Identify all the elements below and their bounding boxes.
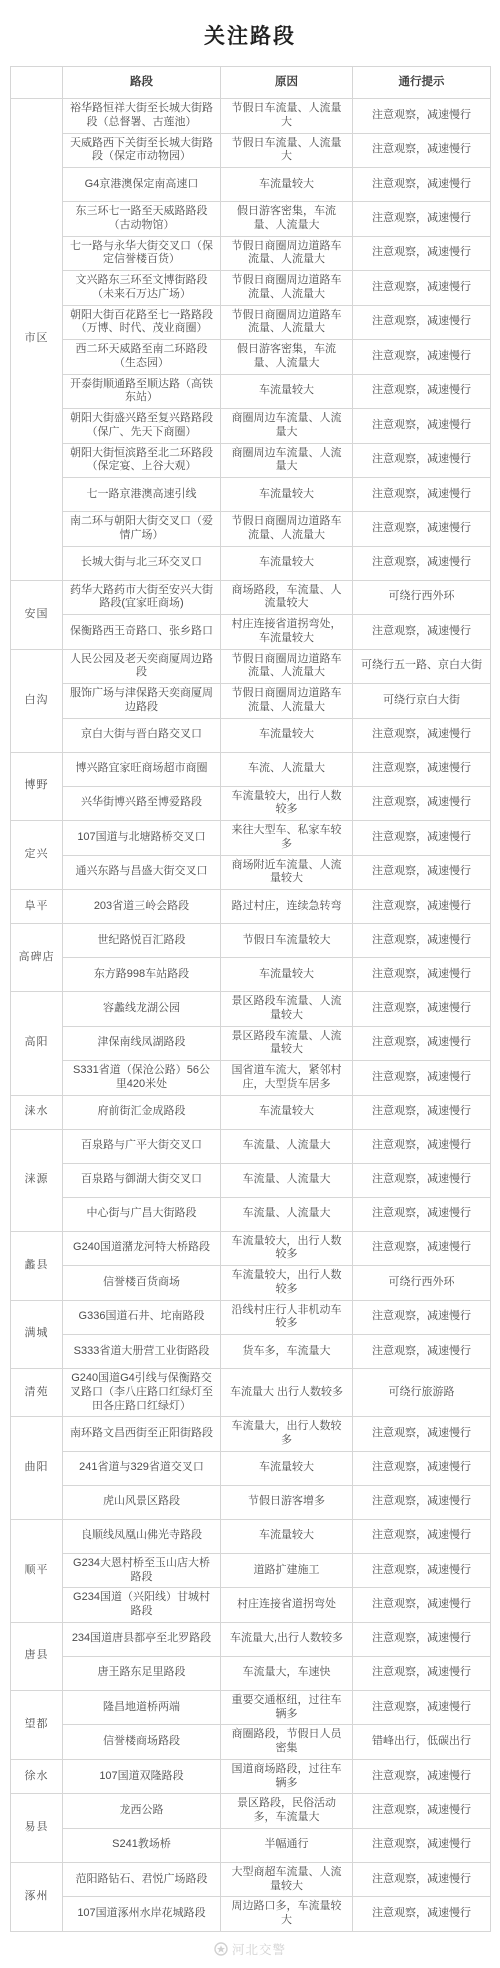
table-row: 七一路与永华大街交叉口（保定信誉楼百货）节假日商圈周边道路车流量、人流量大注意观… [11,236,491,271]
region-label: 市区 [11,99,63,581]
reason-cell: 车流量较大 [221,546,353,580]
column-header-road: 路段 [63,67,221,99]
reason-cell: 景区路段车流量、人流量较大 [221,992,353,1027]
table-row: 唐王路东足里路段车流量大，车速快注意观察，减速慢行 [11,1656,491,1690]
road-cell: 府前街汇金成路段 [63,1095,221,1129]
tips-cell: 注意观察，减速慢行 [353,1197,491,1231]
region-label: 顺平 [11,1519,63,1622]
table-row: 开泰街顺通路至顺达路（高铁东站）车流量较大注意观察，减速慢行 [11,374,491,409]
road-cell: G240国道G4引线与保衡路交叉路口（李八庄路口红绿灯至田各庄路口红绿灯） [63,1369,221,1417]
reason-cell: 景区路段，民俗活动多，车流量大 [221,1794,353,1829]
table-row: 东三环七一路至天威路路段（古动物馆）假日游客密集，车流量、人流量大注意观察，减速… [11,202,491,237]
road-cell: 107国道涿州水岸花城路段 [63,1897,221,1932]
road-cell: 裕华路恒祥大街至长城大街路段（总督署、古莲池） [63,99,221,134]
tips-cell: 注意观察，减速慢行 [353,1519,491,1553]
road-cell: 京白大街与晋白路交叉口 [63,718,221,752]
watermark: 河北交警 [10,1940,490,1958]
tips-cell: 注意观察，减速慢行 [353,202,491,237]
table-row: S241教场桥半幅通行注意观察，减速慢行 [11,1828,491,1862]
tips-cell: 注意观察，减速慢行 [353,512,491,547]
table-row: G234国道（兴阳线）甘城村路段村庄连接省道拐弯处注意观察，减速慢行 [11,1588,491,1623]
police-badge-icon [214,1942,228,1956]
table-row: 白沟人民公园及老天奕商厦周边路段节假日商圈周边道路车流量、人流量大可绕行五一路、… [11,649,491,684]
tips-cell: 注意观察，减速慢行 [353,821,491,856]
road-cell: 范阳路钻石、君悦广场路段 [63,1862,221,1897]
road-cell: S333省道大册营工业街路段 [63,1335,221,1369]
reason-cell: 沿线村庄行人非机动车较多 [221,1300,353,1335]
tips-cell: 注意观察，减速慢行 [353,958,491,992]
tips-cell: 注意观察，减速慢行 [353,718,491,752]
road-cell: 长城大街与北三环交叉口 [63,546,221,580]
tips-cell: 注意观察，减速慢行 [353,1759,491,1794]
region-label: 唐县 [11,1622,63,1690]
table-row: G234大恩村桥至玉山店大桥路段道路扩建施工注意观察，减速慢行 [11,1553,491,1588]
tips-cell: 注意观察，减速慢行 [353,1061,491,1096]
reason-cell: 节假日商圈周边道路车流量、人流量大 [221,684,353,719]
road-cell: 龙西公路 [63,1794,221,1829]
reason-cell: 节假日游客增多 [221,1485,353,1519]
tips-cell: 注意观察，减速慢行 [353,855,491,890]
tips-cell: 注意观察，减速慢行 [353,374,491,409]
road-cell: 文兴路东三环至文博街路段（未来石万达广场） [63,271,221,306]
tips-cell: 注意观察，减速慢行 [353,992,491,1027]
table-row: 定兴107国道与北塘路桥交叉口来往大型车、私家车较多注意观察，减速慢行 [11,821,491,856]
tips-cell: 注意观察，减速慢行 [353,1690,491,1725]
reason-cell: 路过村庄，连续急转弯 [221,890,353,924]
road-cell: G234国道（兴阳线）甘城村路段 [63,1588,221,1623]
tips-cell: 注意观察，减速慢行 [353,1231,491,1266]
road-cell: 兴华街博兴路至博爱路段 [63,786,221,821]
tips-cell: 注意观察，减速慢行 [353,924,491,958]
road-cell: 朝阳大街盛兴路至复兴路路段（保广、先天下商圈） [63,409,221,444]
reason-cell: 村庄连接省道拐弯处，车流量较大 [221,615,353,650]
road-attention-table: 路段 原因 通行提示 市区裕华路恒祥大街至长城大街路段（总督署、古莲池）节假日车… [10,66,491,1932]
road-cell: G4京港澳保定南高速口 [63,168,221,202]
region-label: 蠡县 [11,1231,63,1300]
reason-cell: 假日游客密集，车流量、人流量大 [221,340,353,375]
reason-cell: 周边路口多，车流量较大 [221,1897,353,1932]
table-row: 顺平良顺线凤凰山佛光寺路段车流量较大注意观察，减速慢行 [11,1519,491,1553]
reason-cell: 假日游客密集，车流量、人流量大 [221,202,353,237]
reason-cell: 车流量、人流量大 [221,1197,353,1231]
reason-cell: 车流量较大 [221,1451,353,1485]
tips-cell: 可绕行五一路、京白大街 [353,649,491,684]
table-row: 服饰广场与津保路天奕商厦周边路段节假日商圈周边道路车流量、人流量大可绕行京白大街 [11,684,491,719]
reason-cell: 节假日商圈周边道路车流量、人流量大 [221,305,353,340]
reason-cell: 节假日车流量、人流量大 [221,99,353,134]
road-cell: 朝阳大街恒滨路至北二环路段（保定宴、上谷大观） [63,443,221,478]
table-row: 高碑店世纪路悦百汇路段节假日车流量较大注意观察，减速慢行 [11,924,491,958]
table-body: 市区裕华路恒祥大街至长城大街路段（总督署、古莲池）节假日车流量、人流量大注意观察… [11,99,491,1932]
reason-cell: 商场路段，车流量、人流量较大 [221,580,353,615]
road-cell: 107国道双隆路段 [63,1759,221,1794]
reason-cell: 国道商场路段，过往车辆多 [221,1759,353,1794]
tips-cell: 注意观察，减速慢行 [353,1862,491,1897]
reason-cell: 商场附近车流量、人流量较大 [221,855,353,890]
tips-cell: 注意观察，减速慢行 [353,1026,491,1061]
table-row: 241省道与329省道交叉口车流量较大注意观察，减速慢行 [11,1451,491,1485]
table-row: 虎山风景区路段节假日游客增多注意观察，减速慢行 [11,1485,491,1519]
reason-cell: 景区路段车流量、人流量较大 [221,1026,353,1061]
table-row: 曲阳南环路文昌西街至正阳街路段车流量大，出行人数较多注意观察，减速慢行 [11,1417,491,1452]
tips-cell: 注意观察，减速慢行 [353,1129,491,1163]
reason-cell: 车流量大，出行人数较多 [221,1417,353,1452]
reason-cell: 车流量较大 [221,478,353,512]
reason-cell: 车流量、人流量大 [221,1129,353,1163]
table-row: 兴华街博兴路至博爱路段车流量较大，出行人数较多注意观察，减速慢行 [11,786,491,821]
tips-cell: 注意观察，减速慢行 [353,409,491,444]
road-cell: 七一路京港澳高速引线 [63,478,221,512]
reason-cell: 半幅通行 [221,1828,353,1862]
tips-cell: 注意观察，减速慢行 [353,443,491,478]
road-cell: 南二环与朝阳大街交叉口（爱情广场） [63,512,221,547]
region-label: 白沟 [11,649,63,752]
tips-cell: 注意观察，减速慢行 [353,1300,491,1335]
road-cell: 信誉楼商场路段 [63,1725,221,1760]
table-row: 朝阳大街百花路至七一路路段（万博、时代、茂业商圈）节假日商圈周边道路车流量、人流… [11,305,491,340]
tips-cell: 错峰出行，低碳出行 [353,1725,491,1760]
reason-cell: 大型商超车流量、人流量较大 [221,1862,353,1897]
tips-cell: 注意观察，减速慢行 [353,786,491,821]
tips-cell: 注意观察，减速慢行 [353,305,491,340]
table-row: 信誉楼商场路段商圈路段，节假日人员密集错峰出行，低碳出行 [11,1725,491,1760]
tips-cell: 注意观察，减速慢行 [353,99,491,134]
road-cell: 107国道与北塘路桥交叉口 [63,821,221,856]
reason-cell: 车流量较大 [221,374,353,409]
corner-cell [11,67,63,99]
road-cell: 234国道唐县都亭至北罗路段 [63,1622,221,1656]
table-row: 安国药华大路药市大街至安兴大街路段(宜家旺商场)商场路段，车流量、人流量较大可绕… [11,580,491,615]
table-row: 保衡路西王奇路口、张乡路口村庄连接省道拐弯处，车流量较大注意观察，减速慢行 [11,615,491,650]
region-label: 高阳 [11,992,63,1096]
region-label: 望都 [11,1690,63,1759]
reason-cell: 车流量较大 [221,1095,353,1129]
tips-cell: 注意观察，减速慢行 [353,1335,491,1369]
tips-cell: 注意观察，减速慢行 [353,546,491,580]
tips-cell: 注意观察，减速慢行 [353,1622,491,1656]
reason-cell: 商圈周边车流量、人流量大 [221,443,353,478]
table-row: 市区裕华路恒祥大街至长城大街路段（总督署、古莲池）节假日车流量、人流量大注意观察… [11,99,491,134]
tips-cell: 注意观察，减速慢行 [353,1451,491,1485]
table-row: 朝阳大街盛兴路至复兴路路段（保广、先天下商圈）商圈周边车流量、人流量大注意观察，… [11,409,491,444]
table-row: 西二环天威路至南二环路段（生态园）假日游客密集，车流量、人流量大注意观察，减速慢… [11,340,491,375]
road-cell: 东方路998车站路段 [63,958,221,992]
reason-cell: 来往大型车、私家车较多 [221,821,353,856]
tips-cell: 注意观察，减速慢行 [353,1794,491,1829]
road-cell: 开泰街顺通路至顺达路（高铁东站） [63,374,221,409]
table-row: S331省道（保沧公路）56公里420米处国省道车流大，紧邻村庄，大型货车居多注… [11,1061,491,1096]
table-row: G4京港澳保定南高速口车流量较大注意观察，减速慢行 [11,168,491,202]
tips-cell: 注意观察，减速慢行 [353,236,491,271]
table-row: 唐县234国道唐县都亭至北罗路段车流量大,出行人数较多注意观察，减速慢行 [11,1622,491,1656]
road-cell: 容蠡线龙湖公园 [63,992,221,1027]
reason-cell: 节假日商圈周边道路车流量、人流量大 [221,271,353,306]
road-cell: G234大恩村桥至玉山店大桥路段 [63,1553,221,1588]
header-row: 路段 原因 通行提示 [11,67,491,99]
road-cell: 隆昌地道桥两端 [63,1690,221,1725]
table-row: 涿州范阳路钻石、君悦广场路段大型商超车流量、人流量较大注意观察，减速慢行 [11,1862,491,1897]
tips-cell: 注意观察，减速慢行 [353,1656,491,1690]
reason-cell: 商圈路段，节假日人员密集 [221,1725,353,1760]
reason-cell: 节假日商圈周边道路车流量、人流量大 [221,236,353,271]
reason-cell: 车流量较大 [221,1519,353,1553]
reason-cell: 车流量大 出行人数较多 [221,1369,353,1417]
table-row: 中心街与广昌大街路段车流量、人流量大注意观察，减速慢行 [11,1197,491,1231]
road-cell: S331省道（保沧公路）56公里420米处 [63,1061,221,1096]
table-row: 南二环与朝阳大街交叉口（爱情广场）节假日商圈周边道路车流量、人流量大注意观察，减… [11,512,491,547]
region-label: 满城 [11,1300,63,1369]
reason-cell: 重要交通枢纽，过往车辆多 [221,1690,353,1725]
road-cell: 朝阳大街百花路至七一路路段（万博、时代、茂业商圈） [63,305,221,340]
tips-cell: 可绕行西外环 [353,1266,491,1301]
table-row: 京白大街与晋白路交叉口车流量较大注意观察，减速慢行 [11,718,491,752]
region-label: 徐水 [11,1759,63,1794]
tips-cell: 注意观察，减速慢行 [353,1588,491,1623]
tips-cell: 注意观察，减速慢行 [353,168,491,202]
road-cell: 津保南线凤湖路段 [63,1026,221,1061]
road-cell: G240国道潴龙河特大桥路段 [63,1231,221,1266]
tips-cell: 注意观察，减速慢行 [353,1095,491,1129]
reason-cell: 节假日车流量、人流量大 [221,133,353,168]
reason-cell: 道路扩建施工 [221,1553,353,1588]
reason-cell: 车流量、人流量大 [221,1163,353,1197]
table-row: 东方路998车站路段车流量较大注意观察，减速慢行 [11,958,491,992]
road-cell: 西二环天威路至南二环路段（生态园） [63,340,221,375]
table-row: 107国道涿州水岸花城路段周边路口多，车流量较大注意观察，减速慢行 [11,1897,491,1932]
tips-cell: 可绕行西外环 [353,580,491,615]
reason-cell: 车流、人流量大 [221,752,353,786]
table-row: 天威路西下关街至长城大街路段（保定市动物园）节假日车流量、人流量大注意观察，减速… [11,133,491,168]
column-header-reason: 原因 [221,67,353,99]
tips-cell: 可绕行旅游路 [353,1369,491,1417]
reason-cell: 国省道车流大，紧邻村庄，大型货车居多 [221,1061,353,1096]
road-cell: 世纪路悦百汇路段 [63,924,221,958]
tips-cell: 注意观察，减速慢行 [353,478,491,512]
reason-cell: 节假日车流量较大 [221,924,353,958]
reason-cell: 商圈周边车流量、人流量大 [221,409,353,444]
reason-cell: 车流量较大，出行人数较多 [221,1266,353,1301]
reason-cell: 车流量较大，出行人数较多 [221,1231,353,1266]
road-cell: 百泉路与广平大街交叉口 [63,1129,221,1163]
watermark-text: 河北交警 [232,1940,286,1958]
road-cell: 241省道与329省道交叉口 [63,1451,221,1485]
page: 关注路段 路段 原因 通行提示 市区裕华路恒祥大街至长城大街路段（总督署、古莲池… [0,0,500,1968]
tips-cell: 注意观察，减速慢行 [353,752,491,786]
tips-cell: 注意观察，减速慢行 [353,133,491,168]
region-label: 安国 [11,580,63,649]
table-row: S333省道大册营工业街路段货车多，车流量大注意观察，减速慢行 [11,1335,491,1369]
road-cell: 南环路文昌西街至正阳街路段 [63,1417,221,1452]
reason-cell: 车流量较大 [221,718,353,752]
table-row: 望都隆昌地道桥两端重要交通枢纽，过往车辆多注意观察，减速慢行 [11,1690,491,1725]
reason-cell: 车流量较大 [221,168,353,202]
road-cell: 药华大路药市大街至安兴大街路段(宜家旺商场) [63,580,221,615]
region-label: 涞源 [11,1129,63,1231]
road-cell: 203省道三岭会路段 [63,890,221,924]
region-label: 阜平 [11,890,63,924]
road-cell: 人民公园及老天奕商厦周边路段 [63,649,221,684]
tips-cell: 注意观察，减速慢行 [353,1485,491,1519]
table-row: 阜平203省道三岭会路段路过村庄，连续急转弯注意观察，减速慢行 [11,890,491,924]
reason-cell: 车流量较大，出行人数较多 [221,786,353,821]
road-cell: 良顺线凤凰山佛光寺路段 [63,1519,221,1553]
table-row: 长城大街与北三环交叉口车流量较大注意观察，减速慢行 [11,546,491,580]
road-cell: 博兴路宜家旺商场超市商圈 [63,752,221,786]
reason-cell: 节假日商圈周边道路车流量、人流量大 [221,649,353,684]
road-cell: 中心街与广昌大街路段 [63,1197,221,1231]
tips-cell: 注意观察，减速慢行 [353,1828,491,1862]
tips-cell: 注意观察，减速慢行 [353,1417,491,1452]
reason-cell: 车流量大，车速快 [221,1656,353,1690]
table-row: 七一路京港澳高速引线车流量较大注意观察，减速慢行 [11,478,491,512]
reason-cell: 村庄连接省道拐弯处 [221,1588,353,1623]
region-label: 博野 [11,752,63,821]
table-row: 文兴路东三环至文博街路段（未来石万达广场）节假日商圈周边道路车流量、人流量大注意… [11,271,491,306]
table-row: 涞源百泉路与广平大街交叉口车流量、人流量大注意观察，减速慢行 [11,1129,491,1163]
road-cell: 服饰广场与津保路天奕商厦周边路段 [63,684,221,719]
road-cell: 东三环七一路至天威路路段（古动物馆） [63,202,221,237]
table-row: 朝阳大街恒滨路至北二环路段（保定宴、上谷大观）商圈周边车流量、人流量大注意观察，… [11,443,491,478]
region-label: 易县 [11,1794,63,1863]
tips-cell: 注意观察，减速慢行 [353,340,491,375]
table-row: 津保南线凤湖路段景区路段车流量、人流量较大注意观察，减速慢行 [11,1026,491,1061]
tips-cell: 注意观察，减速慢行 [353,615,491,650]
tips-cell: 注意观察，减速慢行 [353,1163,491,1197]
table-header: 路段 原因 通行提示 [11,67,491,99]
road-cell: S241教场桥 [63,1828,221,1862]
region-label: 高碑店 [11,924,63,992]
reason-cell: 车流量大,出行人数较多 [221,1622,353,1656]
table-row: 百泉路与御湖大街交叉口车流量、人流量大注意观察，减速慢行 [11,1163,491,1197]
table-row: 满城G336国道石井、坨南路段沿线村庄行人非机动车较多注意观察，减速慢行 [11,1300,491,1335]
reason-cell: 车流量较大 [221,958,353,992]
table-row: 徐水107国道双隆路段国道商场路段，过往车辆多注意观察，减速慢行 [11,1759,491,1794]
tips-cell: 可绕行京白大街 [353,684,491,719]
table-row: 清苑G240国道G4引线与保衡路交叉路口（李八庄路口红绿灯至田各庄路口红绿灯）车… [11,1369,491,1417]
table-row: 易县龙西公路景区路段，民俗活动多，车流量大注意观察，减速慢行 [11,1794,491,1829]
road-cell: 天威路西下关街至长城大街路段（保定市动物园） [63,133,221,168]
table-row: 信誉楼百货商场车流量较大，出行人数较多可绕行西外环 [11,1266,491,1301]
road-cell: 通兴东路与昌盛大街交叉口 [63,855,221,890]
table-row: 博野博兴路宜家旺商场超市商圈车流、人流量大注意观察，减速慢行 [11,752,491,786]
table-row: 通兴东路与昌盛大街交叉口商场附近车流量、人流量较大注意观察，减速慢行 [11,855,491,890]
road-cell: 唐王路东足里路段 [63,1656,221,1690]
road-cell: 七一路与永华大街交叉口（保定信誉楼百货） [63,236,221,271]
tips-cell: 注意观察，减速慢行 [353,1897,491,1932]
reason-cell: 货车多，车流量大 [221,1335,353,1369]
road-cell: 信誉楼百货商场 [63,1266,221,1301]
road-cell: G336国道石井、坨南路段 [63,1300,221,1335]
tips-cell: 注意观察，减速慢行 [353,271,491,306]
region-label: 涿州 [11,1862,63,1931]
table-row: 高阳容蠡线龙湖公园景区路段车流量、人流量较大注意观察，减速慢行 [11,992,491,1027]
region-label: 涞水 [11,1095,63,1129]
region-label: 曲阳 [11,1417,63,1520]
road-cell: 保衡路西王奇路口、张乡路口 [63,615,221,650]
road-cell: 百泉路与御湖大街交叉口 [63,1163,221,1197]
tips-cell: 注意观察，减速慢行 [353,890,491,924]
reason-cell: 节假日商圈周边道路车流量、人流量大 [221,512,353,547]
region-label: 定兴 [11,821,63,890]
column-header-tips: 通行提示 [353,67,491,99]
road-cell: 虎山风景区路段 [63,1485,221,1519]
region-label: 清苑 [11,1369,63,1417]
table-row: 涞水府前街汇金成路段车流量较大注意观察，减速慢行 [11,1095,491,1129]
tips-cell: 注意观察，减速慢行 [353,1553,491,1588]
page-title: 关注路段 [10,20,490,50]
table-row: 蠡县G240国道潴龙河特大桥路段车流量较大，出行人数较多注意观察，减速慢行 [11,1231,491,1266]
